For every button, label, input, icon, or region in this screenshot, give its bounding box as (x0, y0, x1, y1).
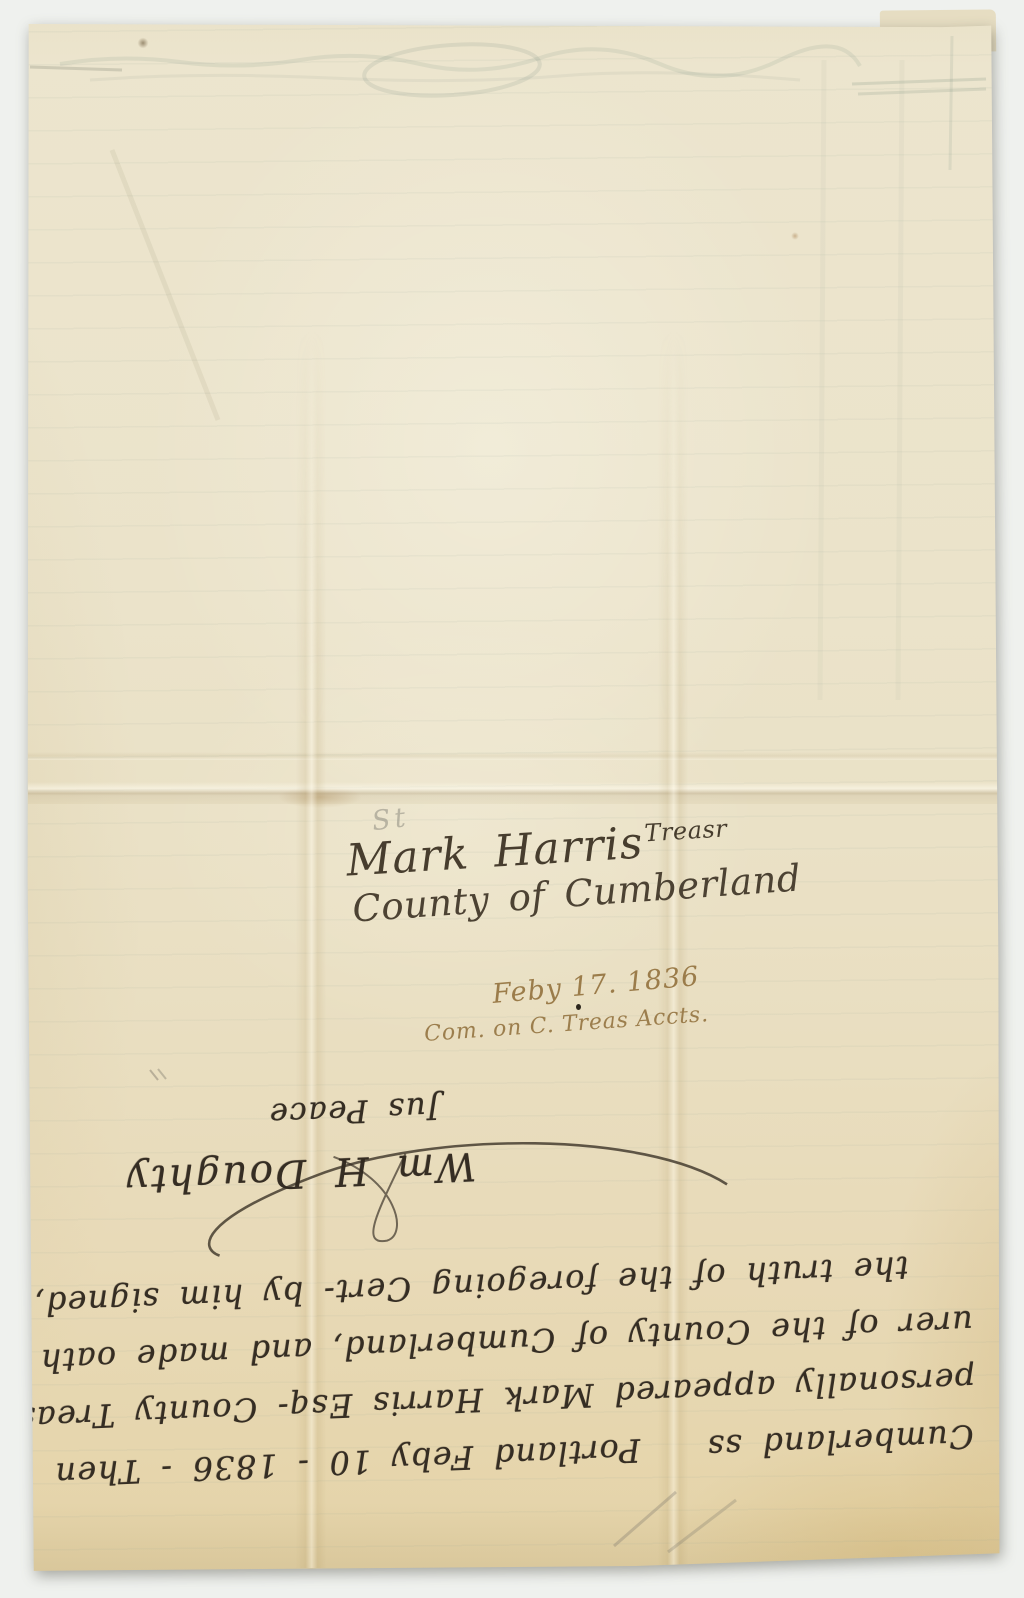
pencil-scratches (0, 0, 1024, 1598)
document-page: St Mark HarrisTreasr County of Cumberlan… (0, 0, 1024, 1598)
scan-background: St Mark HarrisTreasr County of Cumberlan… (0, 0, 1024, 1598)
document-page-wrap: St Mark HarrisTreasr County of Cumberlan… (0, 0, 1024, 1598)
